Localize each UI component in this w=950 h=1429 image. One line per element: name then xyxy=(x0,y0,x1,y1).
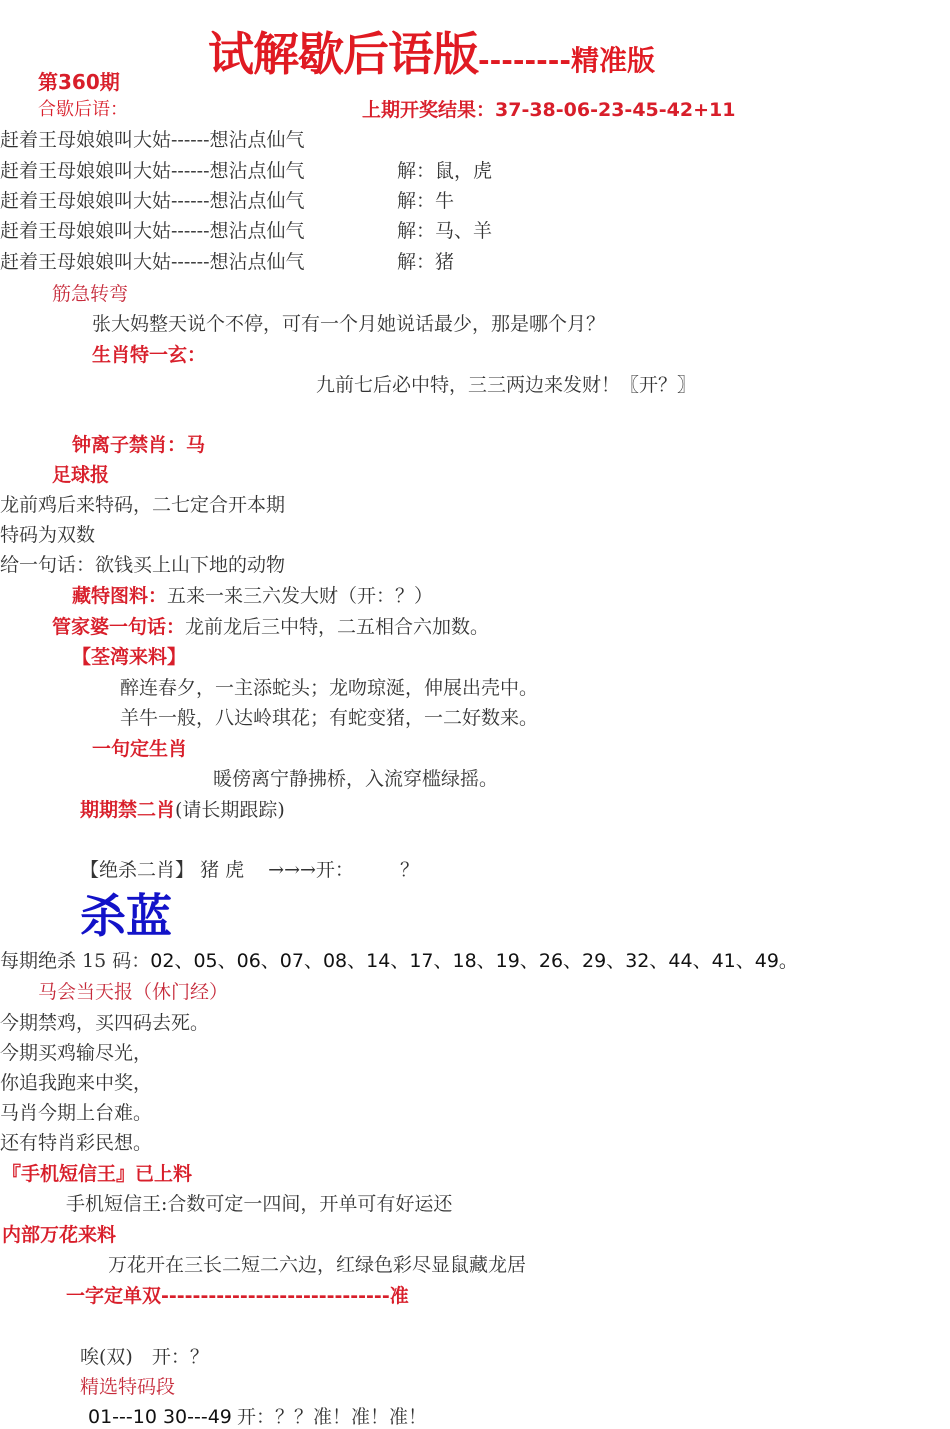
horse-daily-line: 还有特肖彩民想。 xyxy=(0,1128,152,1155)
last-result-label: 上期开奖结果： xyxy=(362,99,495,121)
quanwan-line: 羊牛一般，八达岭琪花；有蛇变猪，一二好数来。 xyxy=(120,703,538,730)
hidden-chart-text: 五来一来三六发大财（开：？） xyxy=(167,585,433,607)
riddle-answer: 解：牛 xyxy=(397,186,454,213)
page-title: 试解歇后语版--------精准版 xyxy=(208,18,655,84)
quanwan-line: 醉连春夕，一主添蛇头；龙吻琼涎，伸展出壳中。 xyxy=(120,673,538,700)
brain-teaser-heading: 筋急转弯 xyxy=(52,279,128,306)
horse-daily-line: 今期禁鸡，买四码去死。 xyxy=(0,1008,209,1035)
housekeeper-heading: 管家婆一句话： xyxy=(52,616,185,638)
zodiac-special-text: 九前七后必中特，三三两边来发财！〖开？〗 xyxy=(316,370,696,397)
riddle-line: 赶着王母娘娘叫大姑------想沾点仙气 xyxy=(0,125,305,152)
zodiac-special-heading: 生肖特一玄： xyxy=(92,340,206,367)
kill-two-values: 猪 虎 xyxy=(200,859,244,881)
wanhua-heading: 内部万花来料 xyxy=(2,1220,116,1247)
quanwan-heading: 【荃湾来料】 xyxy=(72,642,186,669)
kill-blue: 杀蓝 xyxy=(80,880,172,946)
single-double-heading: 一字定单双-----------------------------准 xyxy=(66,1281,409,1308)
title-main: 试解歇后语版 xyxy=(208,27,478,81)
single-double-answer: 唉(双) 开：？ xyxy=(80,1342,209,1369)
hidden-chart-heading: 藏特图料： xyxy=(72,585,167,607)
selected-range-heading: 精选特码段 xyxy=(80,1372,175,1399)
riddle-answer: 解：猪 xyxy=(397,247,454,274)
last-result-value: 37-38-06-23-45-42+11 xyxy=(495,99,735,121)
selected-range-numbers: 01---10 30---49 xyxy=(88,1406,232,1428)
selected-range-text: 开：？？准！准！准！ xyxy=(237,1406,427,1428)
one-sentence-text: 暖傍离宁静拂桥，入流穿槛绿摇。 xyxy=(213,764,498,791)
single-double-dashes: ----------------------------- xyxy=(161,1285,390,1307)
zhongli-heading: 钟离子禁肖：马 xyxy=(72,430,205,457)
kill-two-row: 【绝杀二肖】 猪 虎 →→→开： ？ xyxy=(80,855,419,882)
ban-two-row: 期期禁二肖(请长期跟踪) xyxy=(80,795,285,822)
horse-daily-line: 马肖今期上台难。 xyxy=(0,1098,152,1125)
one-sentence-heading: 一句定生肖 xyxy=(92,734,187,761)
kill-two-label: 【绝杀二肖】 xyxy=(80,859,194,881)
kill-two-result: ？ xyxy=(400,859,419,881)
football-heading: 足球报 xyxy=(52,460,109,487)
housekeeper-text: 龙前龙后三中特，二五相合六加数。 xyxy=(185,616,489,638)
kill-15-row: 每期绝杀 15 码：02、05、06、07、08、14、17、18、19、26、… xyxy=(0,946,798,973)
riddle-line: 赶着王母娘娘叫大姑------想沾点仙气 xyxy=(0,156,305,183)
football-line: 龙前鸡后来特码，二七定合开本期 xyxy=(0,490,285,517)
sms-king-heading: 『手机短信王』已上料 xyxy=(2,1159,192,1186)
issue-number: 第360期 xyxy=(38,66,120,95)
horse-daily-line: 你追我跑来中奖， xyxy=(0,1068,152,1095)
riddle-line: 赶着王母娘娘叫大姑------想沾点仙气 xyxy=(0,186,305,213)
kill-15-label: 每期绝杀 15 码： xyxy=(0,950,150,972)
football-line: 特码为双数 xyxy=(0,520,95,547)
brain-teaser-question: 张大妈整天说个不停，可有一个月她说话最少，那是哪个月？ xyxy=(92,309,605,336)
section-label-hxy: 合歇后语： xyxy=(38,95,128,121)
riddle-line: 赶着王母娘娘叫大姑------想沾点仙气 xyxy=(0,247,305,274)
housekeeper-row: 管家婆一句话：龙前龙后三中特，二五相合六加数。 xyxy=(52,612,489,639)
kill-two-arrow: →→→开： xyxy=(268,859,354,881)
title-suffix: --------精准版 xyxy=(478,44,655,77)
riddle-line: 赶着王母娘娘叫大姑------想沾点仙气 xyxy=(0,216,305,243)
single-double-suffix: 准 xyxy=(390,1285,409,1307)
hidden-chart-row: 藏特图料：五来一来三六发大财（开：？） xyxy=(72,581,433,608)
ban-two-note: (请长期跟踪) xyxy=(175,799,285,821)
last-result: 上期开奖结果：37-38-06-23-45-42+11 xyxy=(362,95,735,122)
wanhua-text: 万花开在三长二短二六边，红绿色彩尽显鼠藏龙居 xyxy=(108,1250,526,1277)
horse-daily-line: 今期买鸡输尽光， xyxy=(0,1038,152,1065)
horse-daily-heading: 马会当天报（休门经） xyxy=(38,977,228,1004)
kill-15-numbers: 02、05、06、07、08、14、17、18、19、26、29、32、44、4… xyxy=(150,950,798,972)
riddle-answer: 解：鼠，虎 xyxy=(397,156,492,183)
ban-two-heading: 期期禁二肖 xyxy=(80,799,175,821)
sms-king-text: 手机短信王:合数可定一四间，开单可有好运还 xyxy=(66,1189,452,1216)
football-line: 给一句话：欲钱买上山下地的动物 xyxy=(0,550,285,577)
selected-range-row: 01---10 30---49 开：？？准！准！准！ xyxy=(88,1402,427,1429)
single-double-label: 一字定单双 xyxy=(66,1285,161,1307)
riddle-answer: 解：马、羊 xyxy=(397,216,492,243)
